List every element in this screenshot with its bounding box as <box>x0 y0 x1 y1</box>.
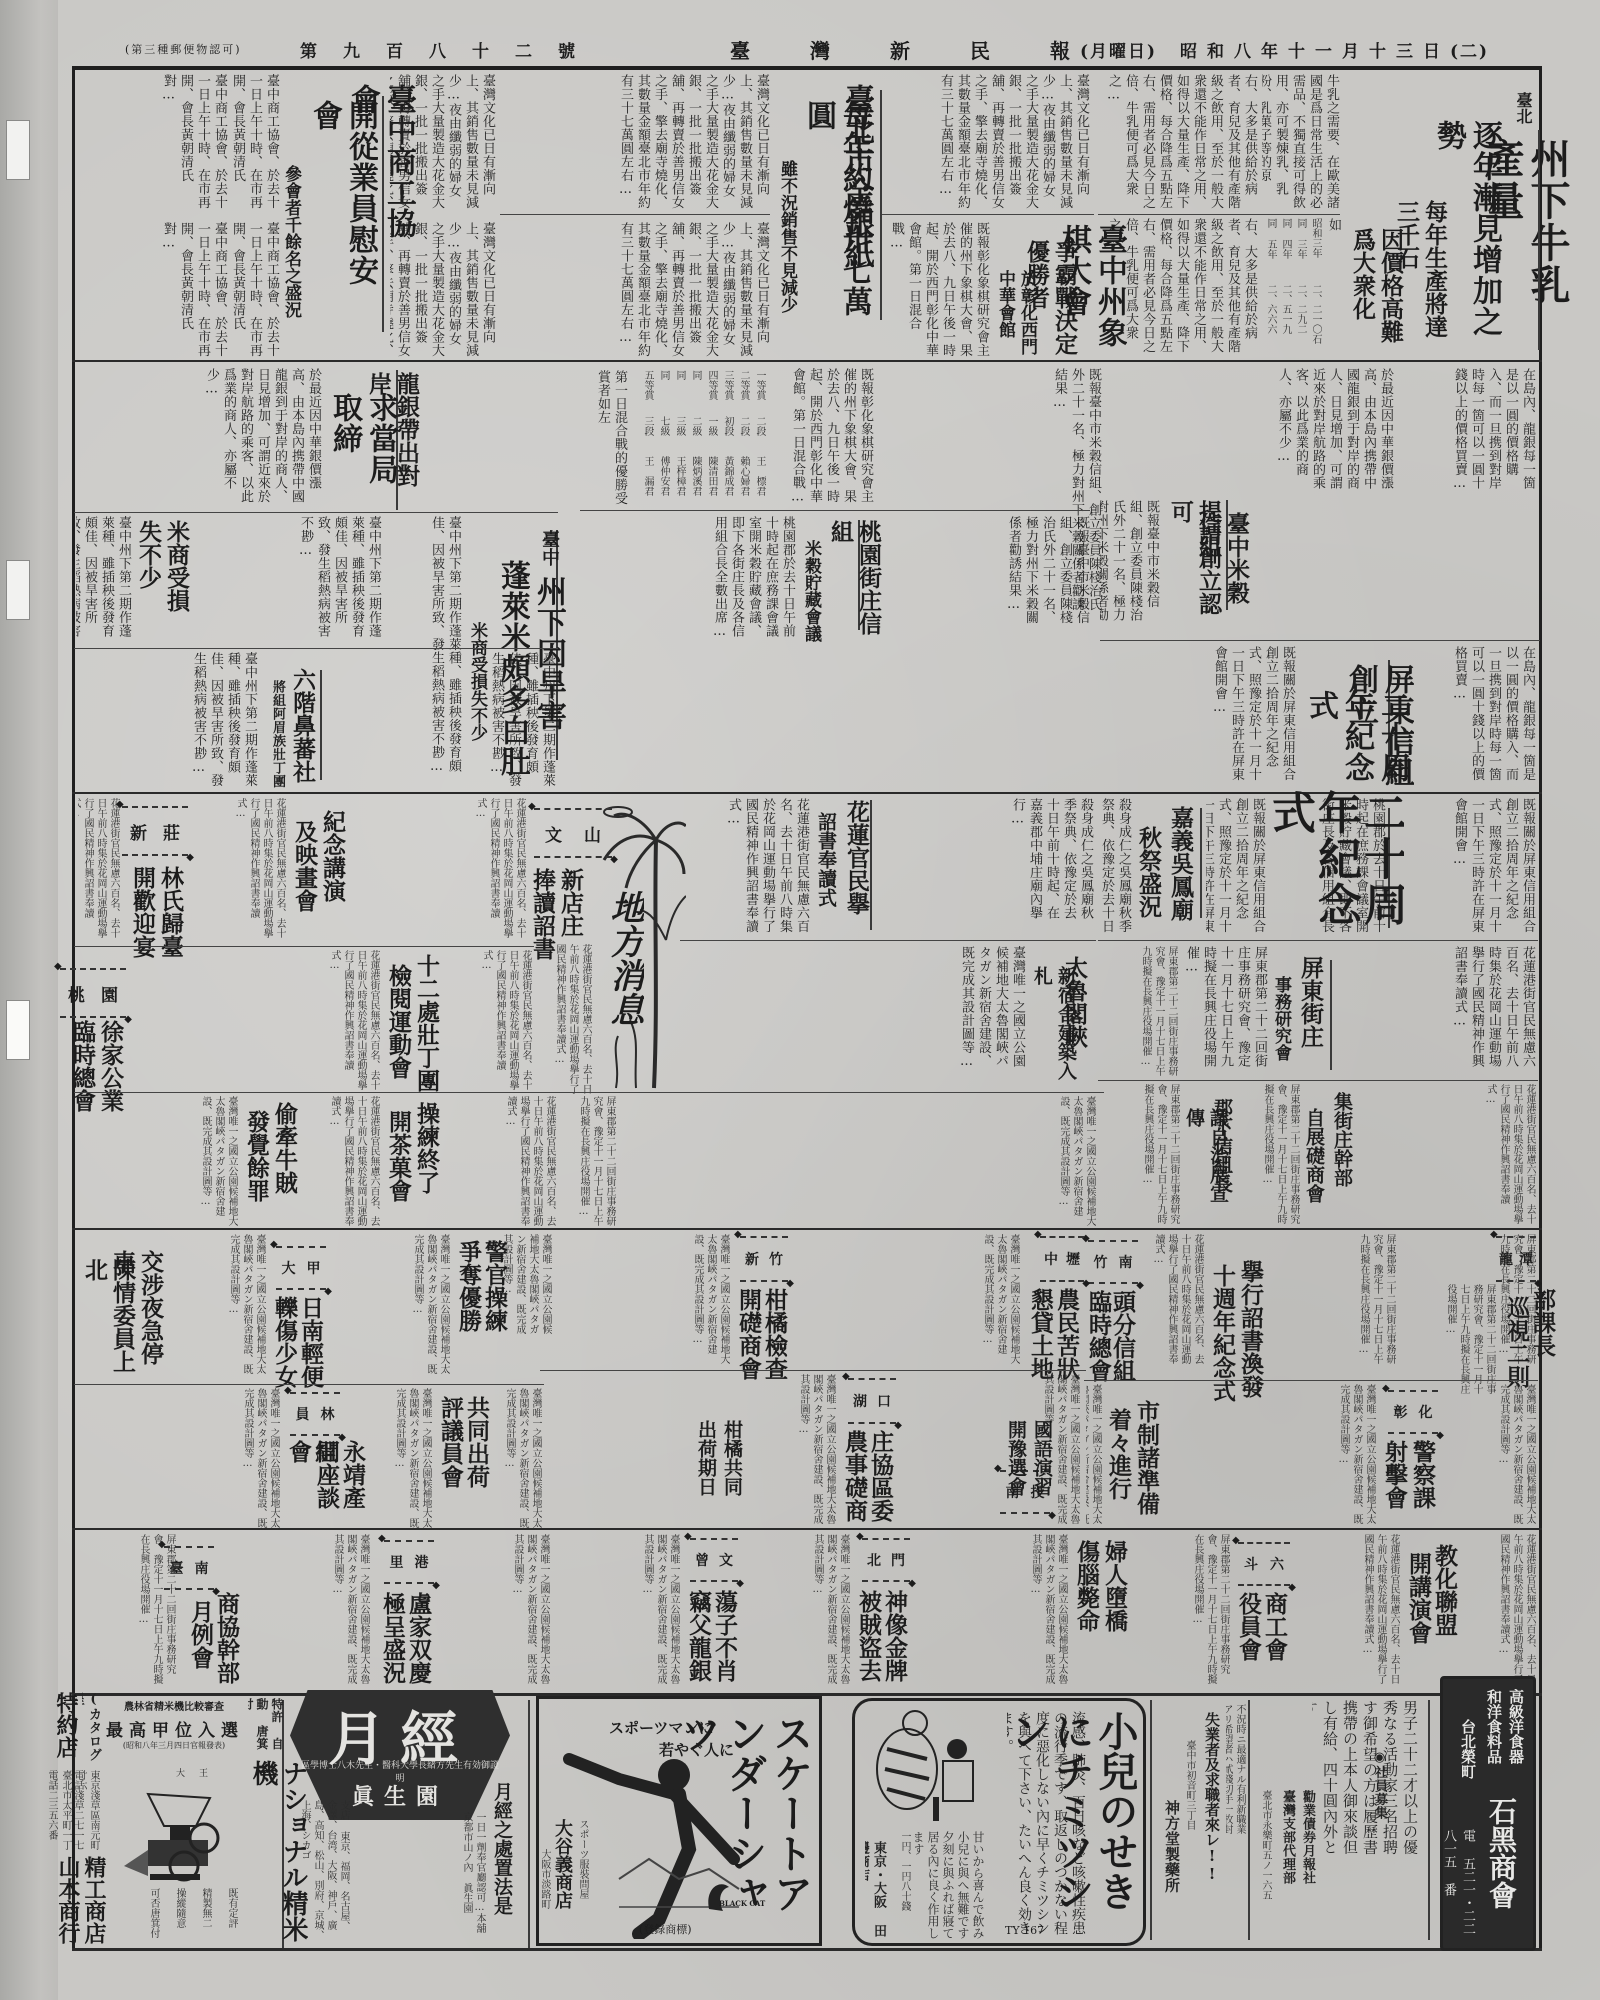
binding-hole <box>6 120 30 180</box>
joint-ship-deck: 評議員會 <box>436 1396 464 1506</box>
jiexiang-deck: 自展礎商會 <box>1302 1108 1326 1208</box>
locale-box-zhunan: 竹南 <box>1088 1240 1138 1284</box>
rice-credit-deck: 提請創立認可 <box>1166 500 1222 630</box>
pingtung-town-headline: 屏東街庄 <box>1296 956 1324 1066</box>
woman-fall-body: 臺灣唯一之國立公園候補地大太魯閣峽パタガン新宿舍建設、既完成其設計圖等… <box>910 1534 1068 1684</box>
locale-box-changhua: 彰化 <box>1388 1390 1438 1434</box>
rule <box>880 214 1094 215</box>
edu-league-deck: 開講演會 <box>1404 1552 1432 1662</box>
yamamoto-catalog: (カタログ呈) <box>82 1692 102 1772</box>
jiexiang-body: 花蓮港街官民無慮六百名、去十日午前八時集於花岡山運動場擧行了國民精神作興詔書奉讀… <box>1360 1084 1536 1224</box>
cow-thief-deck: 發覺餘罪 <box>242 1110 270 1220</box>
prodigal-headline: 蕩子不肖 <box>710 1590 738 1690</box>
rule <box>74 1384 544 1385</box>
citrus-ship-headline: 柑橘共同 <box>720 1420 744 1520</box>
gold-plate-headline: 神像金牌 <box>880 1590 908 1690</box>
merchants-deck-1: 開從業員慰安會 <box>306 100 378 300</box>
bottom-rule <box>72 1948 1542 1951</box>
merchants-body-2: 臺中商工協會、於去十一日上午十時、在市再開、會長黃朝清氏對… <box>230 222 280 357</box>
rescript-headline: 擧行詔書渙發 <box>1236 1260 1264 1400</box>
rule <box>74 648 558 649</box>
local-news-title: 地方消息 <box>604 890 644 1080</box>
taroko-body: 臺灣唯一之國立公園候補地大太魯閣峽パタガン新宿舍建設、既完成其設計圖等… <box>690 946 1026 1076</box>
gold-plate-deck: 被賊盜去 <box>854 1590 882 1690</box>
city-system-body: 臺灣唯一之國立公園候補地大太魯閣峽パタガン新宿舍建設、既完成其設計圖等… <box>1086 1384 1102 1524</box>
locale-box-ligang: 里港 <box>384 1540 434 1584</box>
rinan-headline: 日南輕便 <box>296 1296 324 1396</box>
jobseekers-address: 臺中市初音町三丁目 <box>1180 1740 1196 1830</box>
binding-strip <box>0 0 58 2000</box>
police-shoot-headline: 警察課 <box>1408 1440 1436 1530</box>
yamamoto-phone-2: 電話二三五六番 <box>46 1770 58 1850</box>
yamamoto-dealer: 山本商行 <box>56 1856 80 1946</box>
milk-deck-3: 因價格高難爲大衆化 <box>1348 228 1404 358</box>
milk-table: 昭和三年 二、二一〇石 同 三年 二、二九二 同 四年 二、五一九 同 五年 二… <box>1262 218 1322 348</box>
locale-box-xinzhuang: 新莊 <box>122 806 188 856</box>
dragon-silver-deck: 求當局取締 <box>326 392 398 512</box>
gold-paper-body-2: 臺灣文化已日有漸向上、其銷售數量未見減少…夜由纖弱的婦女之手大量製造大花金大銀、… <box>500 222 770 357</box>
pingtung-deck: 二十周年紀念式 <box>1302 690 1410 800</box>
ishiguro-phone: 電 五二一・二二八一五 番 <box>1439 1829 1477 1947</box>
citrus-inspect-body: 臺灣唯一之國立公園候補地大太魯閣峽パタガン新宿舍建設、既完成其設計圖等… <box>560 1234 730 1364</box>
shinseien-heading: 月經之處置法是 <box>490 1782 514 1942</box>
toufen-headline: 頭分信組 <box>1108 1290 1136 1390</box>
locale-box-douliu: 斗六 <box>1238 1542 1290 1586</box>
wufeng-body-2: 殺身成仁之吳鳳廟秋季祭典、依豫定於去十日午前十時起、在嘉義郡中埔庄廟內擧行… <box>880 798 1094 928</box>
liujia-deck: 役員會 <box>1234 1592 1262 1682</box>
cow-thief-headline: 偷牽牛賊 <box>270 1102 298 1212</box>
police-drill-deck: 爭奪優勝 <box>454 1240 482 1340</box>
rice-body-3: 臺中州下第二期作蓬萊種、雖插秧後發育頗佳、因被旱害所致、發生稻熱病被害不尠… <box>330 652 556 788</box>
locale-box-xinzhu: 新竹 <box>740 1236 788 1282</box>
ishiguro-line-1: 高級洋食器 <box>1506 1689 1527 1779</box>
locale-box-taoyuan: 桃園 <box>60 968 126 1018</box>
police-drill-headline: 警官操練 <box>480 1240 508 1340</box>
chess-deck-2: 於彰化西門中華會館 <box>994 270 1038 370</box>
rice-credit-body: 既報臺中市米穀信組、創立委員陳棧治氏外二十一名、極力對州下米穀關係者勸誘結果… <box>1100 500 1160 630</box>
police-shoot-deck: 射擊會 <box>1380 1440 1408 1530</box>
ad-skate-shirt: スケートアンダーシャツ スポーツマンに 若やぐ人に スポーツ服裝問屋 大谷義商店… <box>536 1696 822 1946</box>
pingtung-town-deck: 事務研究會 <box>1270 976 1292 1076</box>
rule <box>1100 640 1540 641</box>
wufeng-body: 殺身成仁之吳鳳廟秋季祭典、依豫定於去十日午前十時起、在嘉義郡中埔庄廟內擧行… <box>1098 798 1132 938</box>
rice-machine-date: (昭和八年三月四日官報發表) <box>104 1740 244 1751</box>
prodigal-deck: 竊父龍銀 <box>684 1590 712 1690</box>
locale-box-zengwen: 曾文 <box>690 1538 738 1582</box>
peasants-deck: 懇貸土地 <box>1026 1288 1054 1388</box>
weekday: (月曜日) <box>1080 37 1157 62</box>
prodigal-body: 臺灣唯一之國立公園候補地大太魯閣峽パタガン新宿舍建設、既完成其設計圖等… <box>560 1534 680 1684</box>
milk-body: 牛乳之需要、在歐美諸國是爲日常生活上的必需品、不獨直接可得飲用、亦可製煉乳、乳粉… <box>1262 74 1340 209</box>
recruit-agent: 臺灣支部代理部 <box>1276 1790 1296 1930</box>
chimitsushin-seller: 東京・大阪 田邊商店 <box>865 1841 887 1941</box>
newspaper-page: (第三種郵便物認可) 第九百八十二號 臺灣新民報 (月曜日) 昭和八年十一月十三… <box>0 0 1600 2000</box>
city-system-deck: 着々進行 <box>1104 1408 1132 1518</box>
zhuangding-headline: 十二處壯丁團 <box>412 954 440 1094</box>
xindian-headline: 新店庄 <box>556 868 584 948</box>
lu-family-headline: 盧家双慶 <box>404 1592 432 1692</box>
longtan-deck: 巡視二則 <box>1502 1296 1530 1396</box>
rescript-body: 花蓮港街官民無慮六百名、去十日午前八時集於花岡山運動場擧行了國民精神作興詔書奉讀… <box>1140 1234 1204 1364</box>
ricefields-body: 既報關於屏東信用組合創立二拾周年之紀念式、照豫定於十一月十一日下午三時許在屏東會… <box>1396 798 1536 938</box>
merchants-body-4: 臺中商工協會、於去十一日上午十時、在市再開、會長黃朝清氏對… <box>78 222 228 357</box>
taoyuan-deck: 米穀貯藏會議 <box>800 540 822 650</box>
citrus-inspect-headline: 柑橘檢查 <box>760 1288 788 1388</box>
ishiguro-address: 台北榮町 <box>1458 1719 1479 1799</box>
cow-thief-body: 臺灣唯一之國立公園候補地大太魯閣峽パタガン新宿舍建設、既完成其設計圖等… <box>76 1096 238 1226</box>
yongjing-body: 臺灣唯一之國立公園候補地大太魯閣峽パタガン新宿舍建設、既完成其設計圖等… <box>76 1388 280 1528</box>
joint-ship-body-2: 臺灣唯一之國立公園候補地大太魯閣峽パタガン新宿舍建設、既完成其設計圖等… <box>490 1388 542 1528</box>
rule <box>580 510 1090 511</box>
city-system-headline: 市制諸準備 <box>1132 1400 1160 1520</box>
rule <box>1098 214 1262 215</box>
peasants-headline: 農民苦狀 <box>1052 1288 1080 1388</box>
rule <box>500 214 770 215</box>
shinseien-brand: 眞生園 <box>330 1780 470 1811</box>
locale-box-wenshan: 文山 <box>534 808 612 858</box>
lecture-deck: 及映畫會 <box>290 820 318 930</box>
date: 昭和八年十一月十三日 <box>1180 37 1450 62</box>
gold-paper-body-4: 臺灣文化已日有漸向上、其銷售數量未見減少…夜由纖弱的婦女之手大量製造大花金大銀、… <box>390 222 496 357</box>
paper-title: 臺灣新民報 <box>730 35 1130 64</box>
milk-table-title: 如左： <box>1326 218 1342 258</box>
yamamoto-phone-1: 電話淺草二七一七 <box>72 1770 84 1850</box>
locale-box-yuanlin: 員林 <box>290 1392 340 1436</box>
locale-box-zhongli: 中壢 <box>1040 1236 1084 1282</box>
chess-results-table: 一等賞 二段 王 標君 二等賞 二段 賴心婦君 三等賞 初段 黃錦成君 四等賞 … <box>500 368 766 508</box>
rule <box>1084 1380 1538 1381</box>
pingtung-headline-cont: 二十周年紀念式 <box>1266 790 1404 950</box>
dragon-silver-body-2: 在島內、龍銀每一箇是以一圓的價格購入、而一旦携到對岸時每一箇可以一圓十錢以上的價… <box>1396 368 1536 498</box>
chess-lead-body: 臺灣文化已日有漸向上、其銷售數量未見減少…夜由纖弱的婦女之手大量製造大花金大銀、… <box>890 74 1090 209</box>
citrus-ship-deck: 出荷期日 <box>694 1420 718 1520</box>
mandarin-headline: 國語演習 <box>1030 1420 1054 1520</box>
tainan-merch-headline: 商協幹部 <box>212 1592 240 1692</box>
gold-paper-deck-1: 每年約燒卅七萬圓 <box>800 100 872 340</box>
gold-plate-body: 臺灣唯一之國立公園候補地大太魯閣峽パタガン新宿舍建設、既完成其設計圖等… <box>740 1534 850 1684</box>
rice-machine-features: 既有定評 精製無二 操縱隨意 可否唐箕付 <box>128 1888 238 1944</box>
rule <box>1098 940 1538 941</box>
taoyuan-body: 桃園郡於去十日午前十時起在庶務課會議室開米穀貯藏會議、即下各街庄長及各信用組合長… <box>600 516 796 646</box>
rice-machine-name: ナショナル精米機 <box>248 1760 308 1946</box>
chimitsushin-code: TY 167 <box>1005 1924 1044 1937</box>
citrus-inspect-deck: 開礎商會 <box>734 1288 762 1388</box>
locale-box-longtan: 龍潭 <box>1496 1236 1536 1282</box>
merchants-body: 臺中商工協會、於去十一日上午十時、在市再開、會長黃朝清氏對… <box>230 74 280 209</box>
hualien-deck: 詔書奉讀式 <box>814 812 838 922</box>
police-shoot-body: 臺灣唯一之國立公園候補地大太魯閣峽パタガン新宿舍建設、既完成其設計圖等… <box>1164 1384 1376 1524</box>
recruit-body: 男子二十二才以上の優秀なる活動家三名招聘す御希望の方は履歷書携帶の上本人御來談但… <box>1312 1700 1420 1860</box>
hualien-body-2: 花蓮港街官民無慮六百名、去十日午前八時集於花岡山運動場擧行了國民精神作興詔書奉讀… <box>1336 946 1536 1076</box>
wufeng-headline: 嘉義吳鳳廟 <box>1166 806 1194 926</box>
ricefields-list: 在島內、龍銀每一箇是以一圓的價格購入、而一旦携到對岸時每一箇可以一圓十錢以上的價… <box>1396 646 1536 786</box>
skate-brand: BLACK CAT <box>719 1899 765 1908</box>
jobseekers-title: 失業者及求職者來レ!! <box>1200 1712 1224 1892</box>
rule <box>74 946 534 947</box>
yamamoto-maker: 精工商店 <box>82 1856 106 1946</box>
locale-box-dajia: 大甲 <box>276 1246 326 1290</box>
pingtung-body-2: 既報關於屏東信用組合創立二拾周年之紀念式、照豫定於十一月十一日下午三時許在屏東會… <box>1206 798 1266 938</box>
locale-box-beimen: 北門 <box>862 1538 910 1582</box>
taoyuan-headline: 桃園街庄信組 <box>826 520 882 640</box>
xinzhu-police-body: 屏東郡第二十二回街庄事務研究會、豫定十一月十七日上午九時擬在長興庄役場開催… <box>1270 1234 1396 1364</box>
merchants-deck-2: 參會者千餘名之盛況 <box>280 165 302 325</box>
ad-chimitsushin: 小兒のせきにチミツシン 流感、肺炎、百日咳など咳嗽性疾患の流行季です、取返しのつ… <box>852 1698 1146 1946</box>
toufen-deck: 臨時總會 <box>1084 1290 1112 1390</box>
jobseekers-body: 不況時ニ最適ナル有利新職業アリ希望者ハ貳錢切手一枚封入申込次第詳細案内書ヲ呈ス <box>1226 1704 1246 1834</box>
liujie-deck: 將組阿眉族壯丁團 <box>262 680 286 790</box>
lu-family-body-2: 臺灣唯一之國立公園候補地大太魯閣峽パタガン新宿舍建設、既完成其設計圖等… <box>440 1534 550 1684</box>
column-rule <box>320 670 322 780</box>
rice-machine-award: 最高甲位入選 <box>100 1716 250 1741</box>
pingtung-body: 既報關於屏東信用組合創立二拾周年之紀念式、照豫定於十一月十一日下午三時許在屏東會… <box>1100 646 1296 786</box>
dragon-silver-body-3: 於最近因中華銀價漲高、由本島內携帶中國龍銀到于對岸的商人、日見增加、可謂近來於對… <box>1218 368 1394 498</box>
edu-league-body-2: 花蓮港街官民無慮六百名、去十日午前八時集於花岡山運動場擧行了國民精神作興詔書奉讀… <box>1300 1534 1400 1684</box>
yongjing-deck: 開座談會 <box>284 1440 340 1530</box>
zhuangxie-deck: 農事礎商 <box>840 1430 868 1530</box>
rule <box>1098 1080 1538 1081</box>
lecture-headline: 紀念講演 <box>318 810 346 930</box>
column-rule <box>1200 808 1202 918</box>
skater-illustration <box>559 1739 759 1939</box>
liujia-body: 屏東郡第二十二回街庄事務研究會、豫定十一月十七日上午九時擬在長興庄役場開催… <box>1124 1534 1230 1684</box>
lecture-body: 花蓮港街官民無慮六百名、去十日午前八時集於花岡山運動場擧行了國民精神作興詔書奉讀… <box>190 798 286 938</box>
early-inspect-body: 臺中州下第二期作蓬萊種、雖插秧後發育頗佳、因被旱害所致、發生稻熱病被害不尠… <box>76 516 132 646</box>
column-rule <box>528 1700 530 1948</box>
early-inspect-headline: 米商受損失不少 <box>134 520 190 630</box>
edu-league-headline: 教化聯盟 <box>1430 1544 1458 1654</box>
band-divider <box>72 1228 1542 1230</box>
chimitsushin-price: 一円、一円八十錢 <box>891 1831 911 1921</box>
liujia-headline: 商工會 <box>1260 1592 1288 1682</box>
wufeng-deck: 秋祭盛況 <box>1134 826 1162 926</box>
band-divider <box>72 360 1542 362</box>
joint-ship-headline: 共同出荷 <box>462 1396 490 1506</box>
night-car-deck: 陳情委員上北 <box>80 1258 136 1378</box>
lin-body: 花蓮港街官民無慮六百名、去十日午前八時集於花岡山運動場擧行了國民精神作興詔書奉讀… <box>78 798 120 938</box>
drill-headline: 操練終了 <box>412 1102 440 1212</box>
yamamoto-kind: 特約店 <box>54 1692 78 1772</box>
rule <box>74 512 558 513</box>
jiexiang-headline: 集街庄幹部 <box>1330 1092 1354 1202</box>
gold-paper-body: 臺灣文化已日有漸向上、其銷售數量未見減少…夜由纖弱的婦女之手大量製造大花金大銀、… <box>500 74 770 209</box>
rice-machine-brand: 大王 <box>176 1766 222 1779</box>
rice-machine-top: 農林省精米機比較審查 <box>104 1698 244 1713</box>
chess-body: 既報彰化象棋研究會主催的州下象棋大會、果於去八、九日午後一時起、開於西門彰化中華… <box>890 222 990 357</box>
skate-tagline-2: スポーツマンに <box>609 1717 713 1738</box>
hualien-headline: 花蓮官民擧 <box>842 800 870 920</box>
police-drill-body: 臺灣唯一之國立公園候補地大太魯閣峽パタガン新宿舍建設、既完成其設計圖等… <box>340 1234 450 1374</box>
peasants-body: 臺灣唯一之國立公園候補地大太魯閣峽パタガン新宿舍建設、既完成其設計圖等… <box>790 1234 1020 1364</box>
rule <box>680 940 1096 941</box>
yamamoto-taipei: 臺北市太平町一丁目 <box>58 1770 72 1850</box>
lu-family-deck: 極呈盛況 <box>378 1592 406 1692</box>
column-rule <box>1248 1700 1250 1940</box>
longtan-body: 屏東郡第二十二回街庄事務研究會、豫定十一月十七日上午九時擬在長興庄役場開催… <box>1400 1284 1496 1394</box>
rule <box>1262 214 1340 215</box>
chess-body-2: 既報彰化象棋研究會主催的州下象棋大會、果於去八、九日午後一時起、開於西門彰化中華… <box>770 368 874 508</box>
woman-fall-headline: 婦人墮橋 <box>1100 1540 1128 1640</box>
taroko-deck: 新宿舍建築入札 <box>1030 966 1078 1096</box>
agenda-body: 屏東郡第二十二回街庄事務研究會、豫定十一月十七日上午九時擬在長興庄役場開催… <box>560 1096 616 1226</box>
skate-address: 大阪市淡路町 <box>535 1849 551 1929</box>
mandarin-deck: 開豫選會 <box>1004 1420 1028 1520</box>
recruit-address: 臺北市永樂町五ノ一六五 <box>1256 1790 1272 1940</box>
misc-body: 臺灣唯一之國立公園候補地大太魯閣峽パタガン新宿舍建設、既完成其設計圖等… <box>620 1096 1096 1226</box>
drill-deck: 開茶菓會 <box>384 1110 412 1220</box>
tainan-merch-deck: 月例會 <box>186 1600 214 1690</box>
lu-family-body: 臺灣唯一之國立公園候補地大太魯閣峽パタガン新宿舍建設、既完成其設計圖等… <box>260 1534 370 1684</box>
edu-league-body: 花蓮港街官民無慮六百名、去十日午前八時集於花岡山運動場擧行了國民精神作興詔書奉讀… <box>1460 1534 1536 1684</box>
rice-body-2: 臺中州下第二期作蓬萊種、雖插秧後發育頗佳、因被旱害所致、發生稻熱病被害不尠… <box>166 516 382 646</box>
chimitsushin-sub: 甘いから喜んで飲み小兒に與へ無難です夕刻に與ふれば寢て居る內に良く作用します <box>915 1831 985 1941</box>
postal-note: (第三種郵便物認可) <box>125 41 242 57</box>
rule <box>540 1370 1086 1371</box>
page-number: (二) <box>1450 37 1489 62</box>
binding-tear <box>6 1000 30 1060</box>
milk-body-2: 右、大多是供給於病者、育兒及其他有產階級之飲用、至於一般大衆還不能作日常之用、如… <box>1098 74 1258 209</box>
merchants-body-3: 臺中商工協會、於去十一日上午十時、在市再開、會長黃朝清氏對… <box>78 74 228 209</box>
binding-hole <box>6 560 30 620</box>
column-rule <box>870 800 872 930</box>
zhuangding-body-2: 花蓮港街官民無慮六百名、去十日午前八時集於花岡山運動場擧行了國民精神作興詔書奉讀… <box>440 950 532 1090</box>
gold-paper-body-3: 臺灣文化已日有漸向上、其銷售數量未見減少…夜由纖弱的婦女之手大量製造大花金大銀、… <box>390 74 496 209</box>
woman-fall-deck: 傷腦斃命 <box>1072 1540 1100 1640</box>
rice-machine-label: 特許 自動 唐箕付 <box>248 1698 284 1758</box>
rescript-deck: 十週年紀念式 <box>1208 1264 1236 1404</box>
shinseien-body: 一日一劑奉官廳認可…本舖 京都市山ノ內 眞生園 <box>370 1812 486 1942</box>
jiexiang-body-2: 屏東郡第二十二回街庄事務研究會、豫定十一月十七日上午九時擬在長興庄役場開催… <box>1240 1084 1300 1224</box>
tainan-merch-body: 屏東郡第二十二回街庄事務研究會、豫定十一月十七日上午九時擬在長興庄役場開催… <box>76 1534 176 1684</box>
gold-paper-deck-2: 雖不況銷售不見減少 <box>776 160 798 340</box>
locale-box-hukou: 湖口 <box>848 1378 896 1424</box>
xindian-body: 花蓮港街官民無慮六百名、去十日午前八時集於花岡山運動場擧行了國民精神作興詔書奉讀… <box>532 944 592 1094</box>
yamamoto-tokyo: 東京淺草區南元町廿六 <box>84 1770 100 1850</box>
liujie-body: 臺中州下第二期作蓬萊種、雖插秧後發育頗佳、因被旱害所致、發生稻熱病被害不尠… <box>76 652 258 788</box>
column-rule <box>1330 960 1332 1070</box>
ad-ishiguro: 高級洋食器 和洋食料品 台北榮町 石黑商會 電 五二一・二二八一五 番 <box>1440 1676 1536 1951</box>
recruit-company: 勸業債券月報社 <box>1296 1790 1316 1930</box>
zhuangxie-headline: 庄協區委 <box>866 1430 894 1530</box>
drill-body: 花蓮港街官民無慮六百名、去十日午前八時集於花岡山運動場擧行了國民精神作興詔書奉讀… <box>440 1096 556 1226</box>
county-credit-body: 屏東郡第二十二回街庄事務研究會、豫定十一月十七日上午九時擬在長興庄役場開催… <box>1098 1084 1180 1224</box>
skate-seller: 大谷義商店 <box>549 1819 575 1939</box>
skate-trademark: (登錄商標) <box>639 1921 692 1937</box>
drill-body-2: 花蓮港街官民無慮六百名、去十日午前八時集於花岡山運動場擧行了國民精神作興詔書奉讀… <box>300 1096 380 1226</box>
issue-number: 第九百八十二號 <box>300 37 601 62</box>
zhuangding-deck: 檢閱運動會 <box>384 964 412 1084</box>
dragon-silver-body: 於最近因中華銀價漲高、由本島內携帶中國龍銀到于對岸的商人、日見增加、可謂近來於對… <box>44 368 322 508</box>
agenda-list: 屏東郡第二十二回街庄事務研究會、豫定十一月十七日上午九時擬在長興庄役場開催… <box>1098 946 1178 1076</box>
jobseekers-company: 神方堂製藥所 <box>1160 1800 1180 1940</box>
ishiguro-name: 石黑商會 <box>1481 1797 1521 1947</box>
pingtung-town-body: 屏東郡第二十二回街庄事務研究會、豫定十一月十七日上午九時擬在長興庄役場開催… <box>1180 946 1268 1076</box>
skate-seller-kind: スポーツ服裝問屋 <box>573 1819 589 1899</box>
ishiguro-line-2: 和洋食料品 <box>1484 1689 1505 1779</box>
ornament-rule <box>1538 130 1540 350</box>
rule <box>74 1092 1104 1093</box>
liujie-headline: 六階鼻蕃社 <box>288 668 316 788</box>
credit-body-3: 既報臺中市米穀信組、創立委員陳棧治氏外二十一名、極力對州下米穀關係者勸誘結果… <box>880 516 1090 636</box>
hualien-body: 花蓮港街官民無慮六百名、去十日午前八時集於花岡山運動場擧行了國民精神作興詔書奉讀… <box>680 798 810 938</box>
rice-machine-illustration <box>120 1790 220 1890</box>
rinan-deck: 轢傷少女 <box>270 1296 298 1396</box>
column-rule <box>1150 1700 1152 1940</box>
column-rule <box>1428 1700 1430 1940</box>
county-credit-deck: 議自治展宣傳 <box>1182 1108 1230 1218</box>
column-rule <box>880 90 882 320</box>
zhuangding-body: 花蓮港街官民無慮六百名、去十日午前八時集於花岡山運動場擧行了國民精神作興詔書奉讀… <box>130 950 380 1090</box>
masthead: (第三種郵便物認可) 第九百八十二號 臺灣新民報 (月曜日) 昭和八年十一月十三… <box>120 34 1540 64</box>
longtan-headline: 部課長 <box>1528 1288 1556 1388</box>
mother-child-illustration <box>867 1709 987 1829</box>
chimitsushin-body: 流感、肺炎、百日咳など咳嗽性疾患の流行季です、取返しのつかない程度に惡化しない內… <box>1007 1711 1087 1941</box>
